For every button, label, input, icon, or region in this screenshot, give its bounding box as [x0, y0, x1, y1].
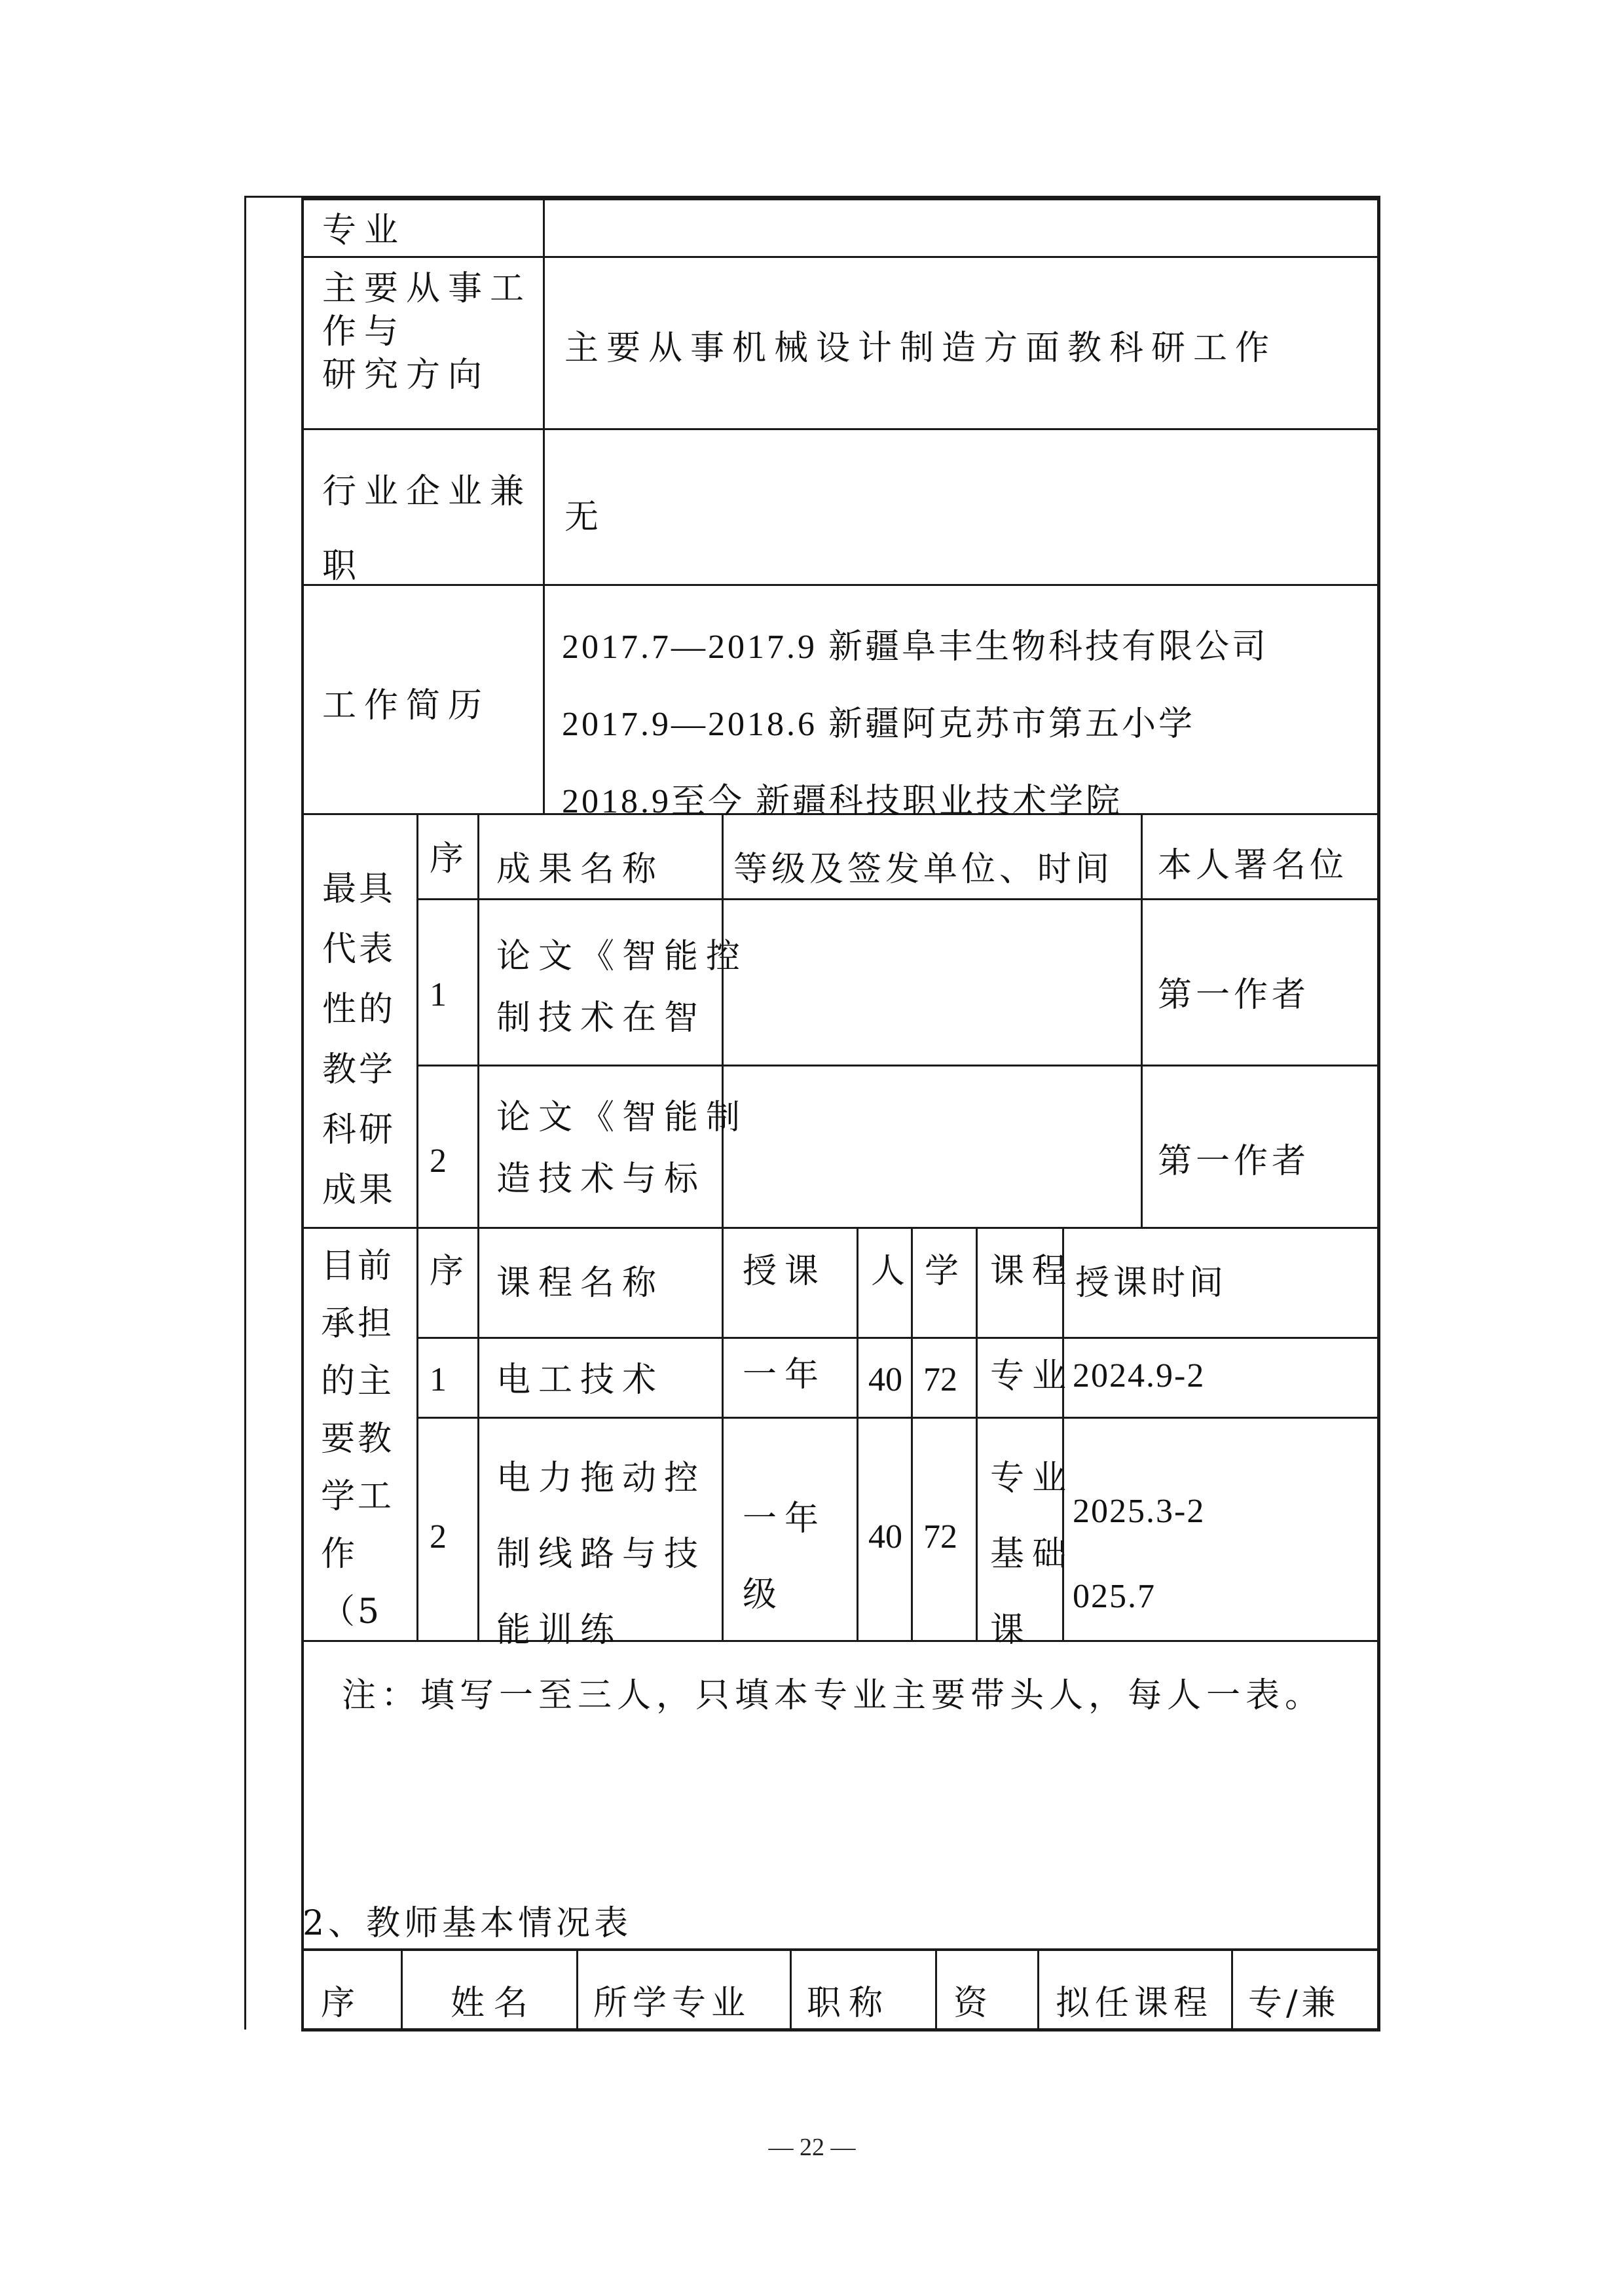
- type-line: 课: [990, 1592, 1074, 1668]
- target-line: 级: [743, 1557, 826, 1633]
- note-text: 注：填写一至三人，只填本专业主要带头人，每人一表。: [342, 1676, 1324, 1715]
- label-line: 科研: [322, 1100, 396, 1160]
- section-divider: [303, 1227, 1379, 1229]
- teach-row-hours: 72: [923, 1360, 957, 1400]
- name-line: 论文《智能控: [496, 926, 748, 987]
- course-line: 制线路与技: [496, 1516, 706, 1592]
- teacher-header-seq: 序: [321, 1984, 363, 2023]
- teach-row-divider: [417, 1337, 1379, 1339]
- work-history-label: 工作简历: [322, 686, 490, 725]
- teach-row-time: 2025.3-2 025.7: [1073, 1469, 1205, 1639]
- label-line: 代表: [322, 919, 396, 979]
- achv-header-seq: 序: [430, 839, 471, 879]
- teach-col-divider: [477, 1228, 479, 1640]
- work-direction-label: 主要从事工 作与 研究方向: [322, 267, 532, 397]
- achv-row-name: 论文《智能控 制技术在智: [496, 926, 748, 1049]
- teach-header-hours: 学: [925, 1252, 967, 1291]
- label-line: 目前: [321, 1237, 394, 1295]
- teach-row-hours: 72: [923, 1518, 957, 1557]
- teach-col-divider: [976, 1228, 978, 1640]
- label-line: 作与: [322, 310, 532, 354]
- achv-col-divider: [477, 814, 479, 1228]
- industry-parttime-value: 无: [564, 498, 606, 537]
- achv-header-name: 成果名称: [496, 850, 664, 889]
- work-history-entry: 2017.7—2017.9 新疆阜丰生物科技有限公司: [562, 609, 1268, 686]
- teach-row-time: 2024.9-2: [1073, 1357, 1205, 1396]
- outer-frame-left-line: [244, 196, 246, 2030]
- label-line: 承担: [321, 1295, 394, 1353]
- label-line: 要教: [321, 1410, 394, 1468]
- teach-header-target: 授课: [743, 1252, 826, 1291]
- teacher-table-bottom: [301, 2028, 1380, 2032]
- teacher-col-divider: [576, 1950, 578, 2030]
- teach-row-type: 专业: [990, 1357, 1074, 1396]
- achv-row-seq: 1: [430, 975, 447, 1015]
- teach-row-seq: 2: [430, 1518, 447, 1557]
- name-line: 论文《智能制: [496, 1087, 748, 1148]
- label-line: 教学: [322, 1040, 396, 1100]
- teacher-header-title: 职称: [807, 1984, 891, 2023]
- teacher-col-divider: [1037, 1950, 1039, 2030]
- label-line: 行业企业兼: [322, 454, 532, 529]
- teach-header-people: 人: [871, 1252, 913, 1291]
- label-line: 的主: [321, 1353, 394, 1410]
- work-direction-value: 主要从事机械设计制造方面教科研工作: [564, 329, 1277, 368]
- table-top-border: [301, 198, 1380, 200]
- teach-row-people: 40: [868, 1360, 902, 1400]
- achievements-section-label: 最具 代表 性的 教学 科研 成果: [322, 859, 396, 1220]
- teach-row-type: 专业 基础 课: [990, 1440, 1074, 1668]
- industry-parttime-label: 行业企业兼 职: [322, 454, 532, 604]
- time-line: 025.7: [1073, 1554, 1205, 1639]
- work-history-entry: 2018.9至今 新疆科技职业技术学院: [562, 763, 1268, 841]
- teacher-header-type: 专/兼: [1248, 1984, 1340, 2023]
- teach-header-type: 课程: [990, 1252, 1074, 1291]
- achv-row-role: 第一作者: [1158, 975, 1310, 1015]
- teach-header-time: 授课时间: [1075, 1264, 1227, 1303]
- teacher-header-major: 所学专业: [593, 1984, 750, 2023]
- teach-row-seq: 1: [430, 1360, 447, 1400]
- teacher-table-top: [303, 1948, 1379, 1951]
- label-line: （5: [321, 1583, 394, 1641]
- teach-row-people: 40: [868, 1518, 902, 1557]
- achv-row-role: 第一作者: [1158, 1142, 1310, 1181]
- teach-row-target: 一年 级: [743, 1481, 826, 1633]
- major-label: 专业: [322, 211, 406, 250]
- teach-row-divider: [417, 1417, 1379, 1419]
- teaching-section-label: 目前 承担 的主 要教 学工 作 （5: [321, 1237, 394, 1641]
- label-line: 成果: [322, 1160, 396, 1220]
- achv-col-divider: [416, 814, 418, 1228]
- label-column-divider: [543, 198, 545, 814]
- teacher-col-divider: [401, 1950, 403, 2030]
- teach-header-seq: 序: [430, 1252, 471, 1291]
- teacher-col-divider: [790, 1950, 792, 2030]
- label-line: 主要从事工: [322, 267, 532, 310]
- label-line: 最具: [322, 859, 396, 919]
- row-divider: [303, 256, 1379, 258]
- table-right-border: [1377, 196, 1380, 2031]
- time-line: 2025.3-2: [1073, 1469, 1205, 1554]
- achv-col-divider: [1141, 814, 1143, 1228]
- label-line: 作: [321, 1525, 394, 1583]
- row-divider: [303, 428, 1379, 430]
- teach-row-target: 一年: [743, 1355, 826, 1394]
- achv-row-divider: [417, 1065, 1379, 1066]
- table-left-border: [301, 196, 304, 2031]
- section-divider: [303, 1640, 1379, 1642]
- achv-row-divider: [417, 898, 1379, 900]
- achv-header-role: 本人署名位: [1158, 846, 1348, 885]
- label-line: 职: [322, 529, 532, 604]
- teacher-header-qualification: 资: [953, 1984, 995, 2023]
- achv-row-seq: 2: [430, 1142, 447, 1181]
- achv-row-name: 论文《智能制 造技术与标: [496, 1087, 748, 1210]
- teach-row-course: 电力拖动控 制线路与技 能训练: [496, 1440, 706, 1668]
- teacher-col-divider: [935, 1950, 937, 2030]
- teacher-header-name: 姓名: [451, 1984, 537, 2023]
- teacher-table-title: 2、教师基本情况表: [303, 1904, 632, 1943]
- achv-header-level: 等级及签发单位、时间: [733, 850, 1113, 889]
- teach-col-divider: [722, 1228, 724, 1640]
- teach-col-divider: [857, 1228, 858, 1640]
- label-line: 研究方向: [322, 354, 532, 397]
- type-line: 基础: [990, 1516, 1074, 1592]
- teach-header-course: 课程名称: [496, 1264, 664, 1303]
- name-line: 制技术在智: [496, 987, 748, 1049]
- course-line: 电力拖动控: [496, 1440, 706, 1516]
- work-history-list: 2017.7—2017.9 新疆阜丰生物科技有限公司 2017.9—2018.6…: [562, 609, 1268, 841]
- teacher-header-course: 拟任课程: [1056, 1984, 1213, 2023]
- page-number: — 22 —: [0, 2133, 1624, 2162]
- target-line: 一年: [743, 1481, 826, 1557]
- label-line: 学工: [321, 1468, 394, 1525]
- type-line: 专业: [990, 1440, 1074, 1516]
- name-line: 造技术与标: [496, 1148, 748, 1210]
- work-history-entry: 2017.9—2018.6 新疆阿克苏市第五小学: [562, 686, 1268, 763]
- teach-row-course: 电工技术: [496, 1360, 664, 1400]
- teach-col-divider: [416, 1228, 418, 1640]
- teacher-col-divider: [1231, 1950, 1233, 2030]
- label-line: 性的: [322, 979, 396, 1040]
- course-line: 能训练: [496, 1592, 706, 1668]
